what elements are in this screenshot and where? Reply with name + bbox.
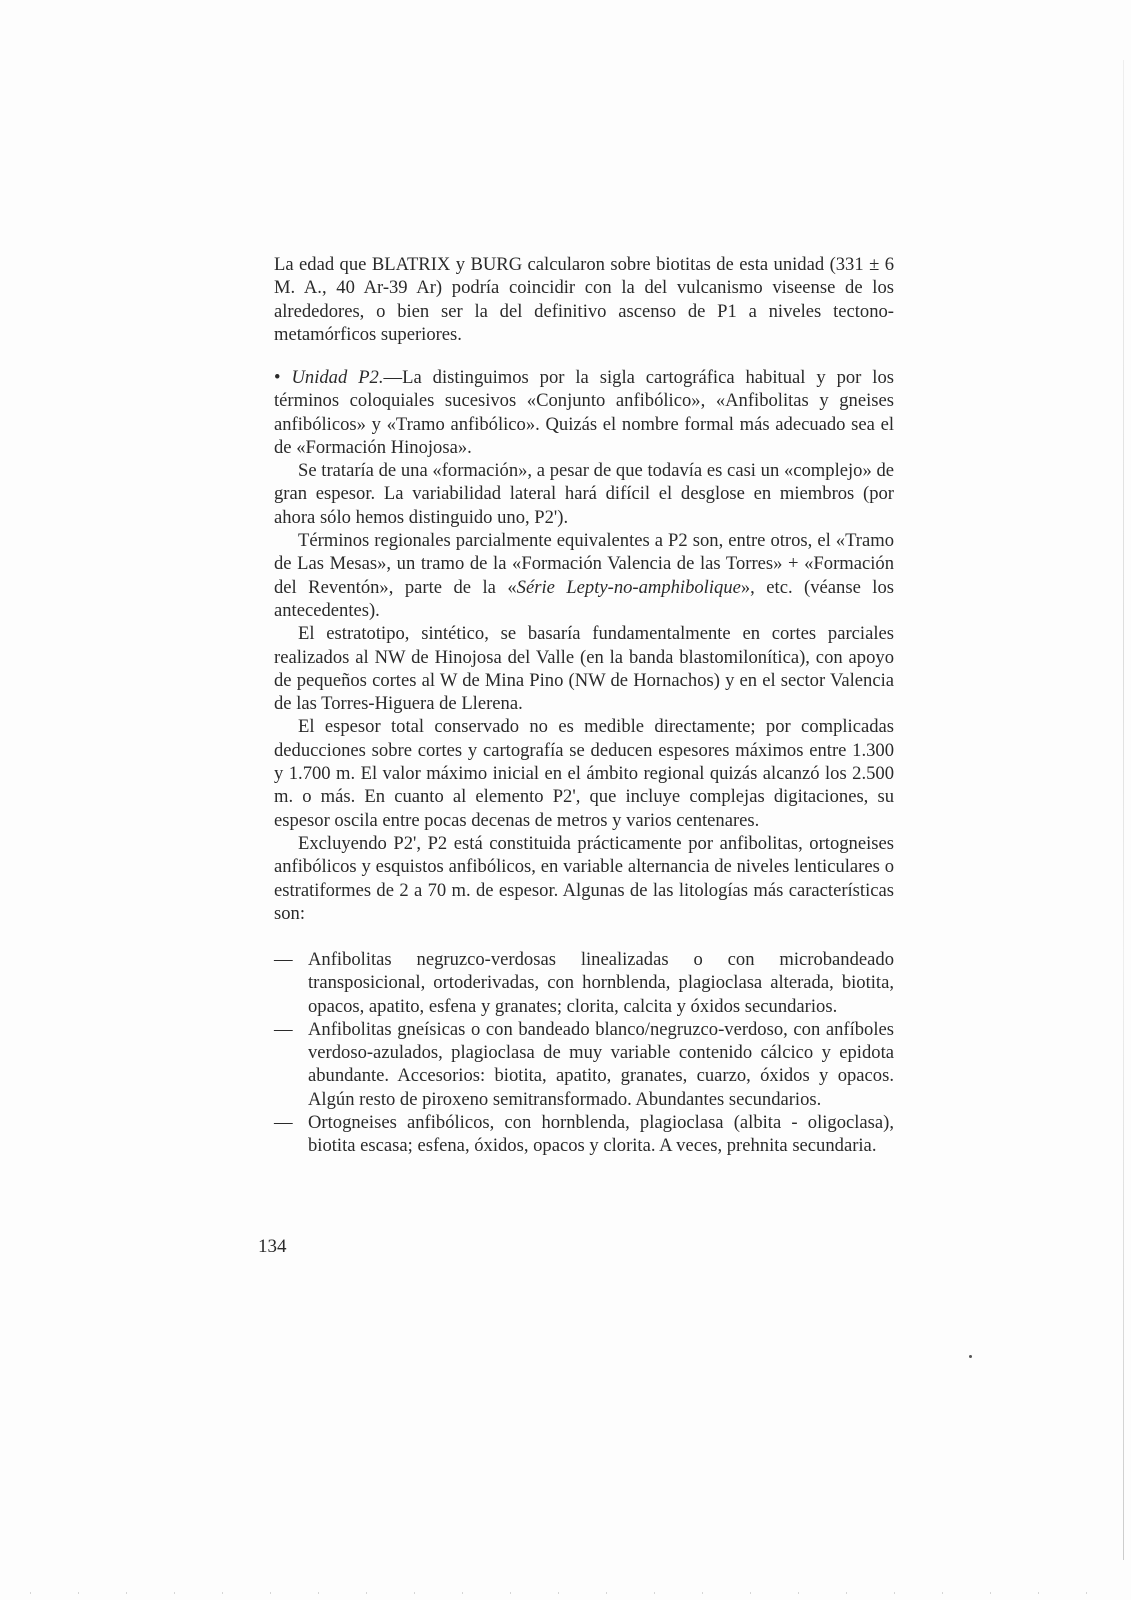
lithology-list: — Anfibolitas negruzco-verdosas linealiz… bbox=[274, 948, 894, 1158]
list-item: — Anfibolitas gneísicas o con bandeado b… bbox=[274, 1018, 894, 1111]
scan-artifact-dots bbox=[0, 1592, 1131, 1594]
unit-p2-label: Unidad P2. bbox=[291, 367, 383, 388]
paragraph-estratotipo: El estratotipo, sintético, se basaría fu… bbox=[274, 622, 894, 715]
unit-p2-heading-paragraph: • Unidad P2.—La distinguimos por la sigl… bbox=[274, 366, 894, 459]
paragraph-terminos-regionales: Términos regionales parcialmente equival… bbox=[274, 529, 894, 622]
list-item-text: Anfibolitas gneísicas o con bandeado bla… bbox=[308, 1018, 894, 1111]
paragraph-text: La edad que BLATRIX y BURG calcularon so… bbox=[274, 254, 894, 345]
unit-p2-section: • Unidad P2.—La distinguimos por la sigl… bbox=[274, 366, 894, 925]
paragraph-blatrix-burg: La edad que BLATRIX y BURG calcularon so… bbox=[274, 253, 894, 346]
paragraph-litologias: Excluyendo P2', P2 está constituida prác… bbox=[274, 832, 894, 925]
page-edge-shadow bbox=[1123, 60, 1124, 1560]
list-item-text: Ortogneises anfibólicos, con hornblenda,… bbox=[308, 1111, 894, 1158]
dash-marker: — bbox=[274, 1111, 308, 1158]
dash-marker: — bbox=[274, 948, 308, 1018]
paragraph-formacion: Se trataría de una «formación», a pesar … bbox=[274, 459, 894, 529]
list-item: — Ortogneises anfibólicos, con hornblend… bbox=[274, 1111, 894, 1158]
scanned-page: La edad que BLATRIX y BURG calcularon so… bbox=[0, 0, 1131, 1600]
page-number: 134 bbox=[258, 1236, 287, 1258]
italic-term-serie: Série Lepty-no-amphibolique bbox=[517, 577, 741, 598]
bullet-marker: • bbox=[274, 367, 281, 388]
list-item-text: Anfibolitas negruzco-verdosas linealizad… bbox=[308, 948, 894, 1018]
list-item: — Anfibolitas negruzco-verdosas linealiz… bbox=[274, 948, 894, 1018]
paragraph-espesor: El espesor total conservado no es medibl… bbox=[274, 715, 894, 831]
dash-marker: — bbox=[274, 1018, 308, 1111]
intro-paragraph-block: La edad que BLATRIX y BURG calcularon so… bbox=[274, 253, 894, 346]
scan-artifact-speck bbox=[969, 1355, 972, 1358]
